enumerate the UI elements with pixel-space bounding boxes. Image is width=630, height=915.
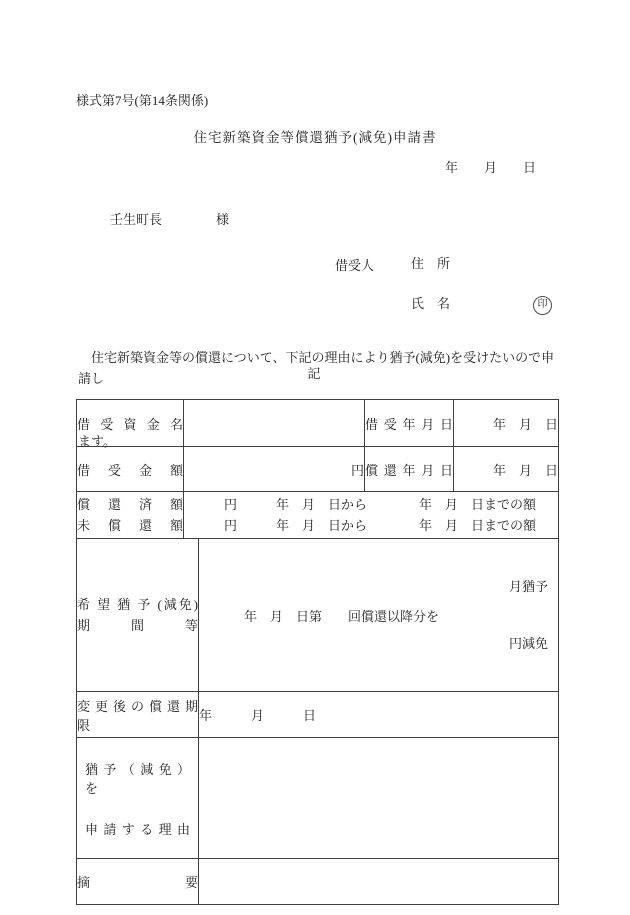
table-row-revised-deadline: 変 更 後 の 償 還 期 限 年 月 日 [77,692,559,738]
cell-deadline-label: 変 更 後 の 償 還 期 限 [77,692,199,738]
cell-deferment-label: 希 望 猶 予 (減免) 期 間 等 [77,539,199,692]
application-table: 借 受 資 金 名 借 受 年 月 日 年 月 日 借 受 金 額 円 償 還 … [76,399,559,905]
document-page: 様式第7号(第14条関係) 住宅新築資金等償還猶予(減免)申請書 年 月 日 壬… [0,0,630,915]
unrepaid-amount-value: 円 年 月 日から 年 月 日までの額 [184,515,558,536]
unrepaid-amount-label: 未 償 還 額 [77,515,183,536]
table-row-desired-deferment: 希 望 猶 予 (減免) 期 間 等 年 月 日第 回償還以降分を 月猶予 円減… [77,539,559,692]
deferment-label-line1: 希 望 猶 予 (減免) [77,594,198,615]
deferment-value-left: 年 月 日第 回償還以降分を [244,606,439,625]
deferment-yen: 円減免 [509,634,548,653]
applicant-name-line: 氏 名印 [385,274,552,294]
cell-borrow-date-value: 年 月 日 [454,400,559,447]
address-label: 住 所 [411,256,450,271]
reason-label-line2: 申 請 す る 理 由 [85,819,190,838]
table-row-repaid-unrepaid: 償 還 済 額 未 償 還 額 円 年 月 日から 年 月 日までの額 円 年 … [77,492,559,539]
cell-fund-name-label: 借 受 資 金 名 [77,400,184,447]
repaid-amount-label: 償 還 済 額 [77,494,183,515]
cell-remarks-label: 摘 要 [77,859,199,905]
cell-repay-date-label: 償 還 年 月 日 [365,447,454,492]
table-row-borrowed-amount: 借 受 金 額 円 償 還 年 月 日 年 月 日 [77,447,559,492]
cell-deferment-value: 年 月 日第 回償還以降分を 月猶予 円減免 [199,539,559,692]
date-line: 年 月 日 [445,157,536,176]
cell-amount-value: 円 [184,447,365,492]
cell-fund-name-value [184,400,365,447]
cell-repaid-labels: 償 還 済 額 未 償 還 額 [77,492,184,539]
deferment-value-right: 月猶予 円減免 [509,539,548,691]
deferment-months: 月猶予 [509,577,548,596]
repaid-amount-value: 円 年 月 日から 年 月 日までの額 [184,494,558,515]
table-row-borrowed-fund-name: 借 受 資 金 名 借 受 年 月 日 年 月 日 [77,400,559,447]
applicant-block: 借受人 住 所 氏 名印 [335,234,552,294]
section-mark: 記 [0,363,630,382]
addressee-honorific: 様 [216,212,229,227]
addressee-name: 壬生町長 [110,212,162,227]
cell-repaid-values: 円 年 月 日から 年 月 日までの額 円 年 月 日から 年 月 日までの額 [184,492,559,539]
cell-repay-date-value: 年 月 日 [454,447,559,492]
applicant-group-label: 借受人 [335,255,374,274]
cell-reason-value [199,738,559,859]
cell-remarks-value [199,859,559,905]
form-number: 様式第7号(第14条関係) [76,90,208,109]
cell-amount-label: 借 受 金 額 [77,447,184,492]
page-title: 住宅新築資金等償還猶予(減免)申請書 [0,126,630,146]
reason-label-line1: 猶 予 （ 減 免 ） を [85,759,190,797]
addressee-line: 壬生町長様 [97,193,229,244]
cell-reason-label: 猶 予 （ 減 免 ） を 申 請 す る 理 由 [77,738,199,859]
applicant-address-line: 住 所 [385,234,552,254]
cell-deadline-value: 年 月 日 [199,692,559,738]
deferment-label-line2: 期 間 等 [77,615,198,636]
table-row-reason: 猶 予 （ 減 免 ） を 申 請 す る 理 由 [77,738,559,859]
table-row-remarks: 摘 要 [77,859,559,905]
applicant-lines: 住 所 氏 名印 [385,234,552,294]
cell-borrow-date-label: 借 受 年 月 日 [365,400,454,447]
